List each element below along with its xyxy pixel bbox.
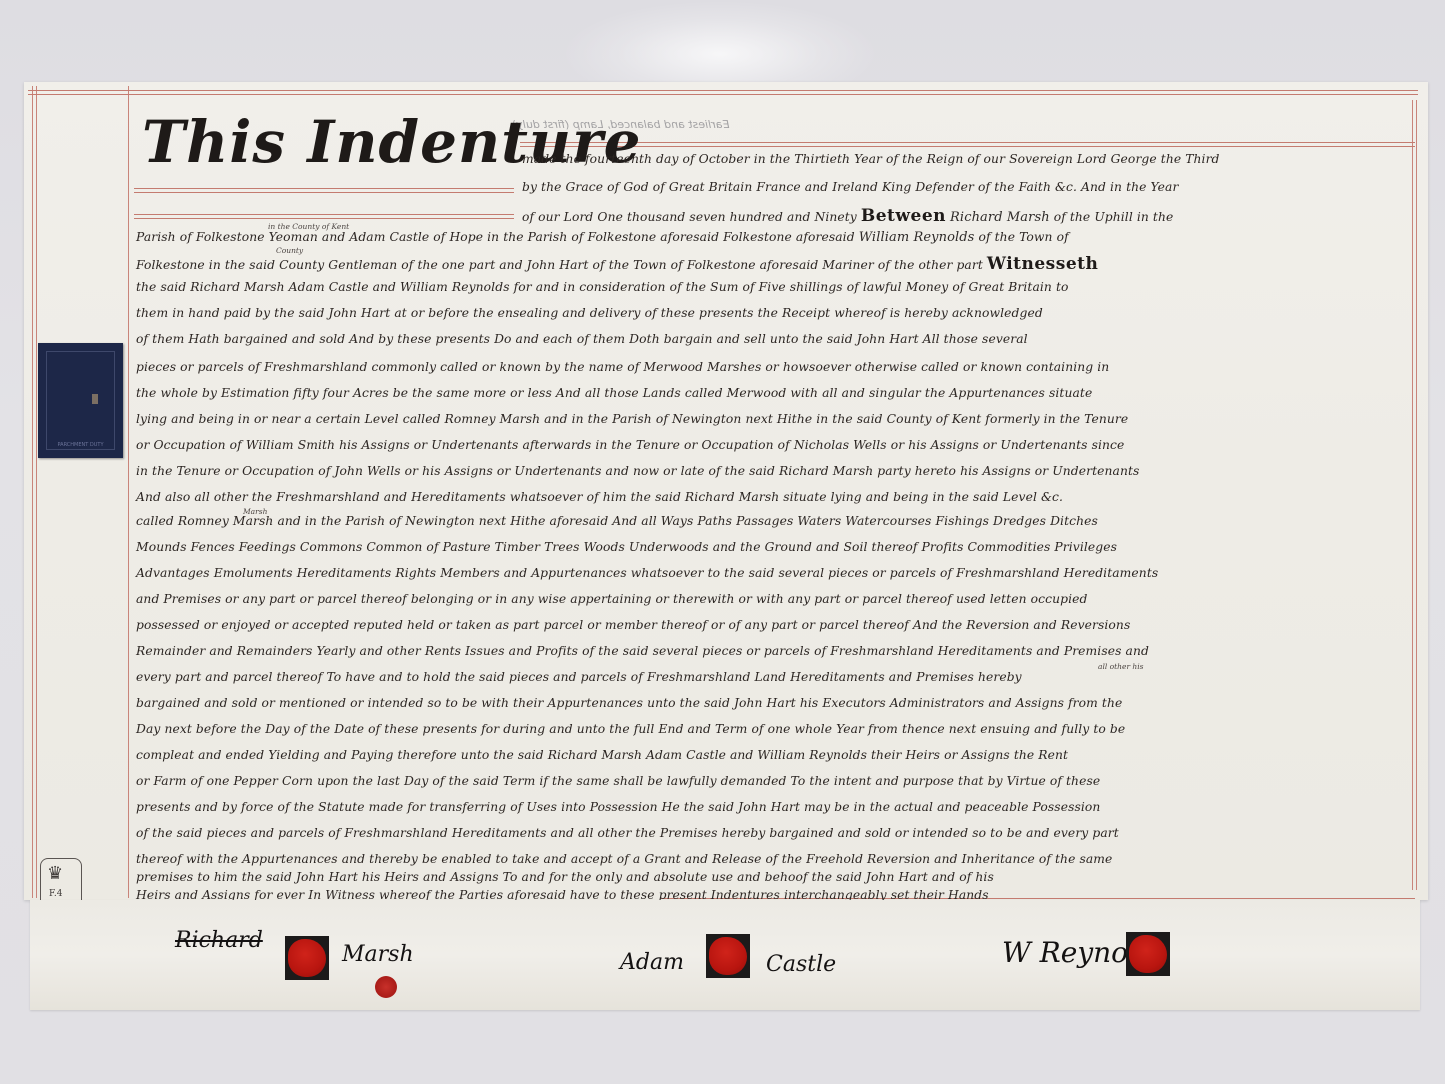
margin-rule xyxy=(36,86,37,898)
wax xyxy=(1129,935,1167,973)
signature-last: Castle xyxy=(766,952,836,977)
crown-embossed-stamp: ♛ F.4 xyxy=(40,858,82,905)
text-span: of the Uphill in the xyxy=(1054,210,1174,224)
text-line: compleat and ended Yielding and Paying t… xyxy=(136,748,1068,762)
text-line: of them Hath bargained and sold And by t… xyxy=(136,332,1028,346)
signature-first: Adam xyxy=(620,950,684,975)
keyword-witnesseth: Witnesseth xyxy=(987,254,1098,274)
text-line: of our Lord One thousand seven hundred a… xyxy=(522,206,1173,226)
text-line: pieces or parcels of Freshmarshland comm… xyxy=(136,360,1109,374)
text-line: Day next before the Day of the Date of t… xyxy=(136,722,1125,736)
text-line: Remainder and Remainders Yearly and othe… xyxy=(136,644,1149,658)
title-rule xyxy=(134,192,514,193)
wax-drop xyxy=(375,976,397,998)
text-span: Folkestone in the said County Gentleman … xyxy=(136,258,983,272)
text-line: every part and parcel thereof To have an… xyxy=(136,670,1022,684)
parchment-duty-stamp: PARCHMENT DUTY xyxy=(38,343,123,458)
text-line: Folkestone in the said County Gentleman … xyxy=(136,254,1098,274)
stamp-border xyxy=(46,351,115,450)
wax-seal xyxy=(285,936,329,980)
text-line: lying and being in or near a certain Lev… xyxy=(136,412,1128,426)
seal-strip: Richard Marsh Adam Castle W Reynolds xyxy=(30,900,1420,1010)
title-rule xyxy=(520,142,1415,143)
margin-rule xyxy=(32,86,33,898)
signature-first: Richard xyxy=(175,928,263,953)
wax xyxy=(709,937,747,975)
text-span: Parish of Folkestone Yeoman and Adam Cas… xyxy=(136,230,719,244)
glare-reflection xyxy=(560,0,880,90)
text-line: the whole by Estimation fifty four Acres… xyxy=(136,386,1092,400)
wax-seal xyxy=(706,934,750,978)
top-rule xyxy=(28,94,1418,95)
keyword-between: Between xyxy=(861,206,946,226)
text-span: Folkestone aforesaid xyxy=(723,230,855,244)
title-rule xyxy=(134,214,514,215)
text-span: of the Town of xyxy=(978,230,1068,244)
text-line: and Premises or any part or parcel there… xyxy=(136,592,1087,606)
text-span: of our Lord One thousand seven hundred a… xyxy=(522,210,857,224)
text-line: or Farm of one Pepper Corn upon the last… xyxy=(136,774,1100,788)
crown-icon: ♛ xyxy=(47,863,63,884)
text-line: called Romney Marsh and in the Parish of… xyxy=(136,514,1098,528)
text-line: the said Richard Marsh Adam Castle and W… xyxy=(136,280,1068,294)
title-rule xyxy=(520,146,1415,147)
party-name: Richard Marsh xyxy=(950,210,1050,225)
signature-last: Marsh xyxy=(342,942,414,967)
text-line: them in hand paid by the said John Hart … xyxy=(136,306,1043,320)
text-line: or Occupation of William Smith his Assig… xyxy=(136,438,1124,452)
wax-seal xyxy=(1126,932,1170,976)
stamp-text: PARCHMENT DUTY xyxy=(38,442,123,448)
top-rule xyxy=(28,90,1418,91)
text-line: Parish of Folkestone Yeoman and Adam Cas… xyxy=(136,230,1069,245)
stamp-label: F.4 xyxy=(49,889,62,899)
text-line: And also all other the Freshmarshland an… xyxy=(136,490,1063,504)
wax xyxy=(288,939,326,977)
text-line: in the Tenure or Occupation of John Well… xyxy=(136,464,1139,478)
margin-rule xyxy=(1412,100,1413,890)
text-line: of the said pieces and parcels of Freshm… xyxy=(136,826,1119,840)
text-line: premises to him the said John Hart his H… xyxy=(136,870,994,884)
text-line: bargained and sold or mentioned or inten… xyxy=(136,696,1122,710)
text-line: Mounds Fences Feedings Commons Common of… xyxy=(136,540,1117,554)
text-line: by the Grace of God of Great Britain Fra… xyxy=(522,180,1178,194)
text-line: Advantages Emoluments Hereditaments Righ… xyxy=(136,566,1158,580)
margin-rule xyxy=(128,86,129,898)
party-name: William Reynolds xyxy=(859,230,975,245)
text-line: presents and by force of the Statute mad… xyxy=(136,800,1100,814)
margin-rule xyxy=(1416,100,1417,890)
stamp-pin xyxy=(92,394,98,404)
text-line: made the fourteenth day of October in th… xyxy=(522,152,1220,166)
title-rule xyxy=(134,218,514,219)
interlineation: all other his xyxy=(1098,662,1144,671)
title-rule xyxy=(134,188,514,189)
text-line: thereof with the Appurtenances and there… xyxy=(136,852,1112,866)
text-line: possessed or enjoyed or accepted reputed… xyxy=(136,618,1130,632)
